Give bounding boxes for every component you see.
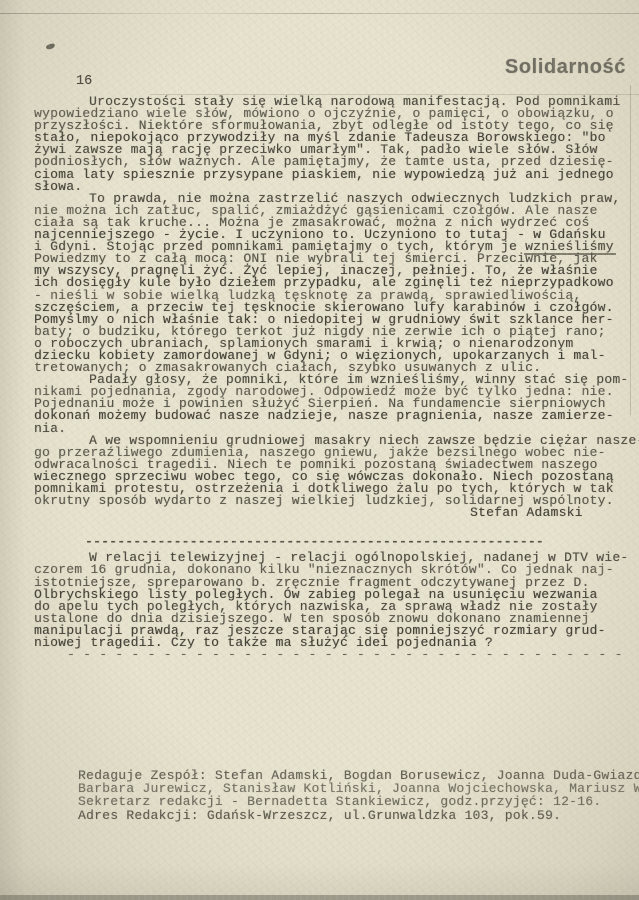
editorial-note: W relacji telewizyjnej - relacji ogólnop… — [34, 552, 634, 649]
dashed-separator-top: ----------------------------------------… — [85, 536, 634, 548]
text-line: ustalone do dnia dzisiejszego. W ten spo… — [34, 613, 634, 625]
paragraph-truth: To prawda, nie można zastrzelić naszych … — [34, 193, 634, 374]
text-line: dokonań możemy budować nasze nadzieje, n… — [34, 410, 634, 422]
text-line: odwracalności tragedii. Niech te pomniki… — [34, 459, 634, 471]
scan-edge-bottom — [0, 895, 639, 900]
masthead-title: Solidarność — [505, 56, 626, 79]
scan-line-top — [0, 13, 639, 14]
paragraph-voices: Padały głosy, że pomniki, które im wznie… — [34, 374, 634, 434]
text-line: Pojednaniu może i powinien służyć Sierpi… — [34, 398, 634, 410]
paragraph-ceremonies: Uroczystości stały się wielką narodową m… — [34, 96, 634, 193]
author-signature: Stefan Adamski — [34, 507, 634, 519]
text-line: cioma laty spiesznie przysypane piaskiem… — [34, 169, 634, 181]
text-line: Adres Redakcji: Gdańsk-Wrzeszcz, ul.Grun… — [78, 809, 639, 822]
text-line: Powiedzmy to z całą mocą: ONI nie wybral… — [34, 253, 634, 265]
text-line: o roboczych ubraniach, splamionych smara… — [34, 338, 634, 350]
editorial-team-footer: Redaguje Zespół: Stefan Adamski, Bogdan … — [78, 769, 639, 822]
text-line: przyszłości. Niektóre sformułowania, zby… — [34, 120, 634, 132]
text-line: - nieśli w sobie wielką ludzką tęsknotę … — [34, 290, 634, 302]
article-body: Uroczystości stały się wielką narodową m… — [34, 96, 634, 661]
text-line: niowej tragedii. Czy to także ma służyć … — [34, 637, 634, 649]
text-line: okrutny sposób wydarto z naszej wielkiej… — [34, 495, 634, 507]
scanned-newsletter-page: Solidarność 16 Uroczystości stały się wi… — [0, 0, 639, 900]
text-line: Sekretarz redakcji - Bernadetta Stankiew… — [78, 795, 639, 808]
paragraph-memory: A we wspomnieniu grudniowej masakry niec… — [34, 435, 634, 508]
text-line: podniosłych, słów ważnych. Ale pamiętajm… — [34, 156, 634, 168]
ink-speck — [46, 43, 56, 50]
text-line: istotniejsze, spreparowano b. zręcznie f… — [34, 577, 634, 589]
text-line: ciała są tak kruche... Można je zmasakro… — [34, 217, 634, 229]
page-number: 16 — [76, 74, 92, 89]
dashed-separator-bottom: - - - - - - - - - - - - - - - - - - - - … — [67, 649, 634, 661]
